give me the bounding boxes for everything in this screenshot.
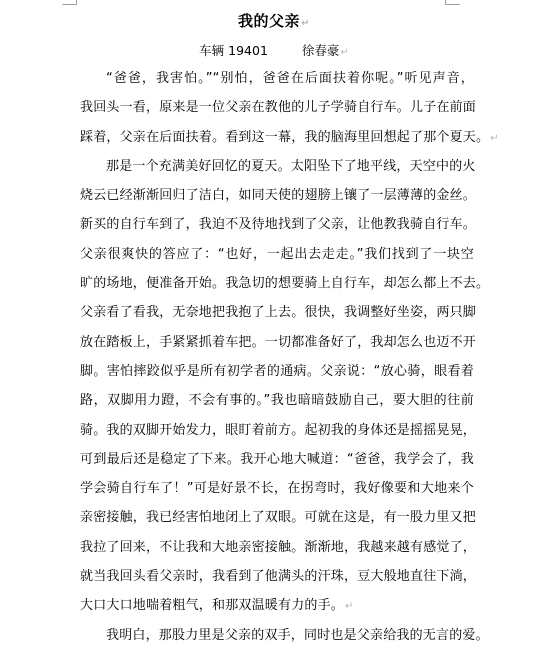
paragraph-2-line: 就当我回头看父亲时，我看到了他满头的汗珠，豆大般地直往下淌， [80, 562, 474, 591]
author-name: 徐春豪 [302, 43, 340, 58]
paragraph-2-line: 新买的自行车到了，我迫不及待地找到了父亲，让他教我骑自行车。 [80, 210, 474, 239]
paragraph-2-line: 路，双脚用力蹬，不会有事的。”我也暗暗鼓励自己，要大胆的往前 [80, 386, 474, 415]
paragraph-2-line: 可到最后还是稳定了下来。我开心地大喊道：“爸爸，我学会了，我 [80, 445, 474, 474]
paragraph-2-line: 亲密接触，我已经害怕地闭上了双眼。可就在这是，有一股力里又把 [80, 503, 474, 532]
paragraph-mark-icon: ↵ [340, 47, 348, 58]
margin-corner-mark-right [445, 0, 460, 5]
paragraph-mark-icon: ↵ [490, 133, 499, 144]
paragraph-2-line: 那是一个充满美好回忆的夏天。太阳坠下了地平线，天空中的火 [80, 152, 474, 181]
paragraph-mark-icon: ↵ [301, 18, 310, 29]
paragraph-2-line-last: 大口大口地喘着粗气，和那双温暖有力的手。↵ [80, 591, 474, 620]
paragraph-2-line: 旷的场地，便准备开始。我急切的想要骑上自行车，却怎么都上不去。 [80, 269, 474, 298]
title-text: 我的父亲 [238, 12, 300, 30]
paragraph-2-line: 我拉了回来，不让我和大地亲密接触。渐渐地，我越来越有感觉了， [80, 533, 474, 562]
paragraph-1-line: 我回头一看，原来是一位父亲在教他的儿子学骑自行车。儿子在前面 [80, 93, 474, 122]
document-page: 我的父亲↵ 车辆 19401徐春豪↵ “爸爸，我害怕。”“别怕，爸爸在后面扶着你… [0, 0, 548, 650]
paragraph-2-line: 父亲看了看我，无奈地把我抱了上去。很快，我调整好坐姿，两只脚 [80, 298, 474, 327]
paragraph-2-line: 学会骑自行车了！”可是好景不长，在拐弯时，我好像要和大地来个 [80, 474, 474, 503]
paragraph-2-line: 父亲很爽快的答应了：“也好，一起出去走走。”我们找到了一块空 [80, 240, 474, 269]
margin-corner-mark-left [62, 0, 77, 5]
document-title[interactable]: 我的父亲↵ [0, 10, 548, 31]
class-label: 车辆 19401 [199, 43, 268, 58]
paragraph-1-line: “爸爸，我害怕。”“别怕，爸爸在后面扶着你呢。”听见声音， [80, 64, 474, 93]
paragraph-2-line: 脚。害怕摔跤似乎是所有初学者的通病。父亲说：“放心骑，眼看着 [80, 357, 474, 386]
byline[interactable]: 车辆 19401徐春豪↵ [0, 41, 548, 59]
document-body[interactable]: “爸爸，我害怕。”“别怕，爸爸在后面扶着你呢。”听见声音， 我回头一看，原来是一… [80, 64, 474, 650]
line-text: 踩着，父亲在后面扶着。看到这一幕，我的脑海里回想起了那个夏天。 [80, 130, 489, 145]
paragraph-3-line: 我明白，那股力里是父亲的双手，同时也是父亲给我的无言的爱。 [80, 621, 474, 650]
paragraph-2-line: 烧云已经渐渐回归了洁白，如同天使的翅膀上镶了一层薄薄的金丝。 [80, 181, 474, 210]
paragraph-1-line-last: 踩着，父亲在后面扶着。看到这一幕，我的脑海里回想起了那个夏天。↵ [80, 123, 474, 152]
paragraph-2-line: 放在踏板上，手紧紧抓着车把。一切都准备好了，我却怎么也迈不开 [80, 328, 474, 357]
paragraph-2-line: 骑。我的双脚开始发力，眼盯着前方。起初我的身体还是摇摇晃晃， [80, 416, 474, 445]
paragraph-mark-icon: ↵ [345, 601, 354, 612]
line-text: 大口大口地喘着粗气，和那双温暖有力的手。 [80, 598, 344, 613]
